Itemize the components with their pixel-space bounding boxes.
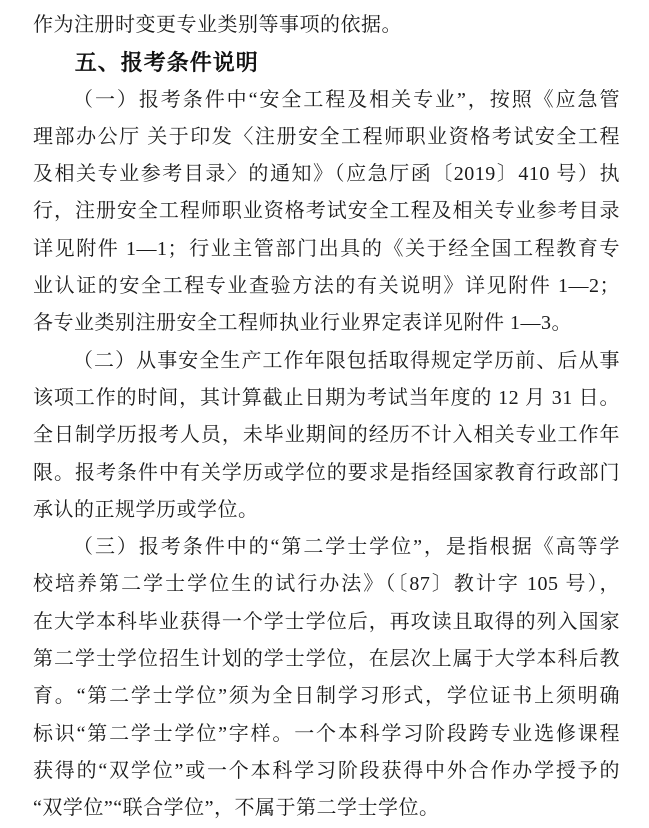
text-line: 理部办公厅 关于印发〈注册安全工程师职业资格考试安全工程 bbox=[33, 119, 620, 156]
text-line: 行，注册安全工程师职业资格考试安全工程及相关专业参考目录 bbox=[33, 193, 620, 230]
text-line: 获得的“双学位”或一个本科学习阶段获得中外合作办学授予的 bbox=[33, 753, 620, 790]
text-line: 第二学士学位招生计划的学士学位，在层次上属于大学本科后教 bbox=[33, 641, 620, 678]
text-line: 业认证的安全工程专业查验方法的有关说明》详见附件 1—2； bbox=[33, 268, 620, 305]
text-line: 校培养第二学士学位生的试行办法》（〔87〕教计字 105 号）， bbox=[33, 566, 620, 603]
text-line: （二）从事安全生产工作年限包括取得规定学历前、后从事 bbox=[33, 343, 620, 380]
document-page: 作为注册时变更专业类别等事项的依据。 五、报考条件说明 （一）报考条件中“安全工… bbox=[0, 0, 649, 828]
text-line: 育。“第二学士学位”须为全日制学习形式，学位证书上须明确 bbox=[33, 678, 620, 715]
text-line: 作为注册时变更专业类别等事项的依据。 bbox=[33, 7, 620, 44]
text-line: 详见附件 1—1；行业主管部门出具的《关于经全国工程教育专 bbox=[33, 231, 620, 268]
section-heading: 五、报考条件说明 bbox=[33, 44, 620, 81]
text-line: 在大学本科毕业获得一个学士学位后，再攻读且取得的列入国家 bbox=[33, 604, 620, 641]
text-line: “双学位”“联合学位”，不属于第二学士学位。 bbox=[33, 790, 620, 827]
text-line: （一）报考条件中“安全工程及相关专业”，按照《应急管 bbox=[33, 82, 620, 119]
text-line: 承认的正规学历或学位。 bbox=[33, 492, 620, 529]
text-line: 限。报考条件中有关学历或学位的要求是指经国家教育行政部门 bbox=[33, 455, 620, 492]
text-line: 该项工作的时间，其计算截止日期为考试当年度的 12 月 31 日。 bbox=[33, 380, 620, 417]
text-line: 各专业类别注册安全工程师执业行业界定表详见附件 1—3。 bbox=[33, 305, 620, 342]
text-line: 标识“第二学士学位”字样。一个本科学习阶段跨专业选修课程 bbox=[33, 716, 620, 753]
text-line: （三）报考条件中的“第二学士学位”，是指根据《高等学 bbox=[33, 529, 620, 566]
text-line: 及相关专业参考目录〉的通知》（应急厅函〔2019〕410 号）执 bbox=[33, 156, 620, 193]
text-line: 全日制学历报考人员，未毕业期间的经历不计入相关专业工作年 bbox=[33, 417, 620, 454]
